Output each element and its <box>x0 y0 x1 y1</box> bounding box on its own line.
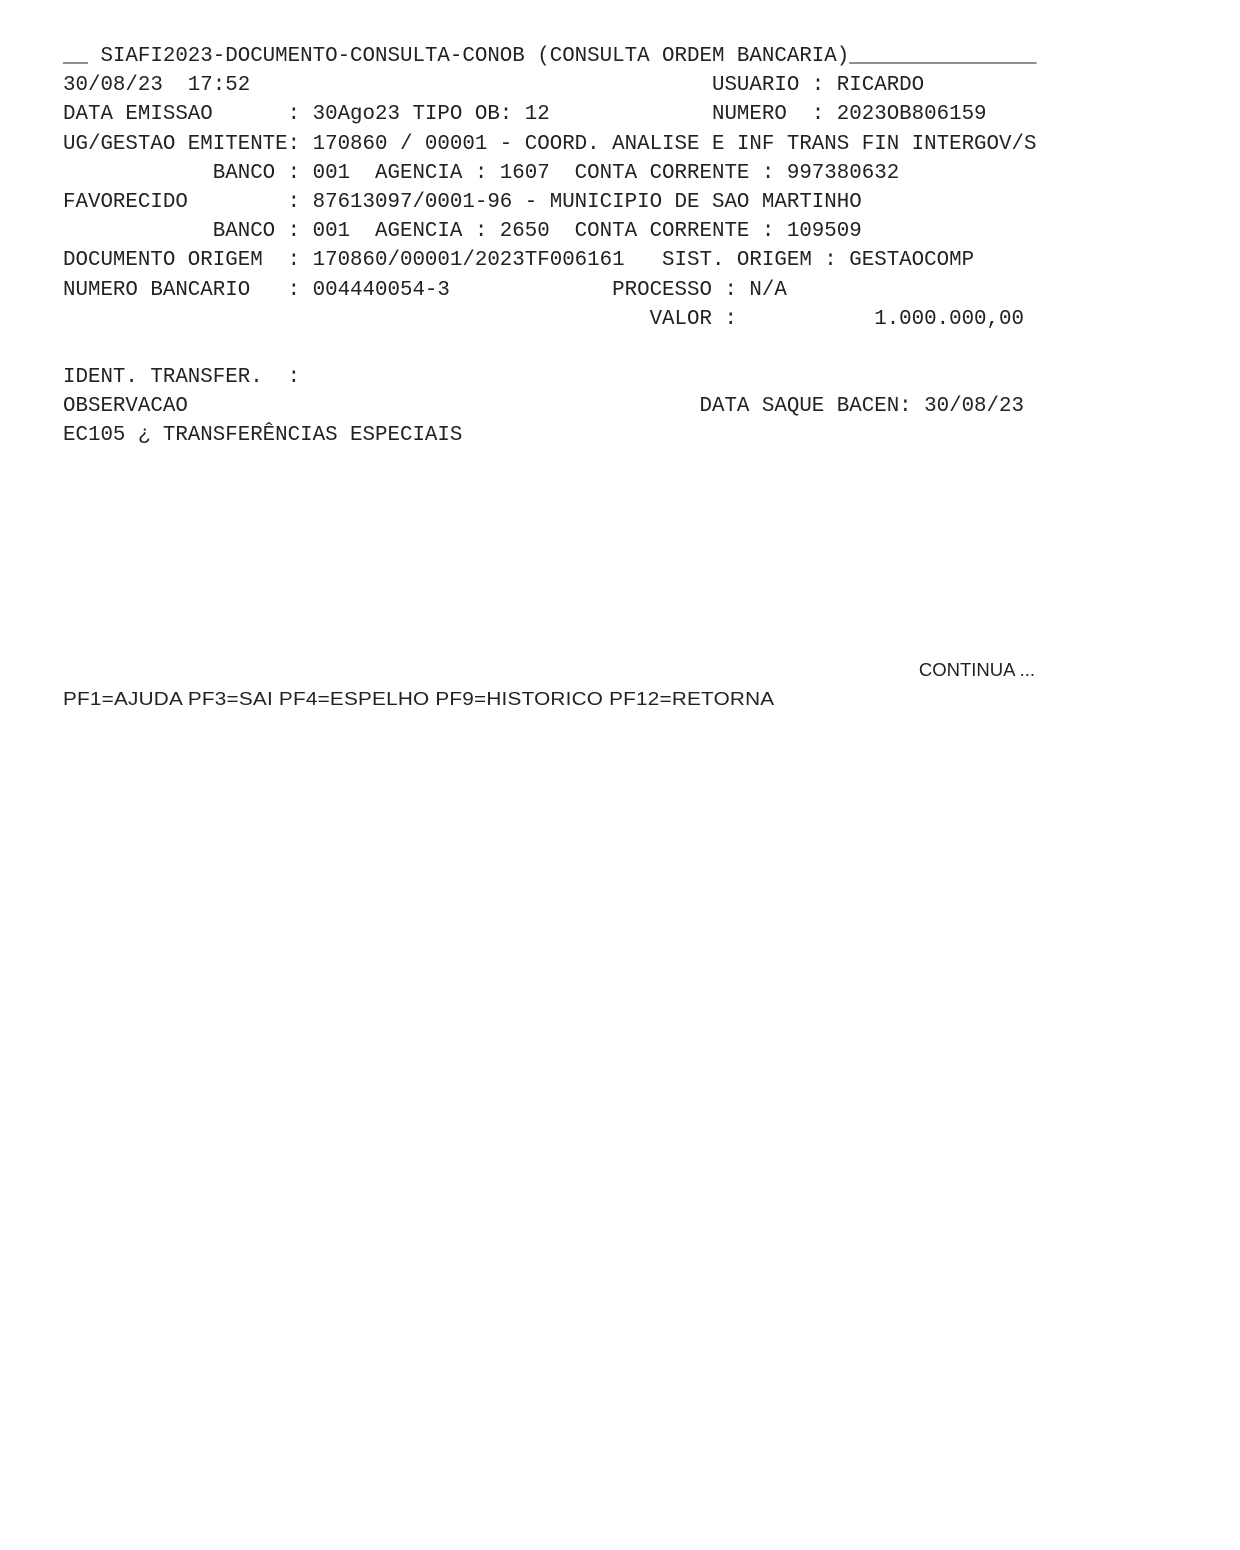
emitente-bank-line: BANCO : 001 AGENCIA : 1607 CONTA CORRENT… <box>63 159 1043 188</box>
valor-line: VALOR : 1.000.000,00 <box>63 305 1043 334</box>
observacao-text: EC105 ¿ TRANSFERÊNCIAS ESPECIAIS <box>63 421 1043 450</box>
spacer-2 <box>63 480 1043 509</box>
date-time-user-line: 30/08/23 17:52 USUARIO : RICARDO <box>63 71 1043 100</box>
numero-bancario-line: NUMERO BANCARIO : 004440054-3 PROCESSO :… <box>63 276 1043 305</box>
ug-gestao-line: UG/GESTAO EMITENTE: 170860 / 00001 - COO… <box>63 130 1043 159</box>
screen-title: __ SIAFI2023-DOCUMENTO-CONSULTA-CONOB (C… <box>63 42 1043 71</box>
terminal-screen: __ SIAFI2023-DOCUMENTO-CONSULTA-CONOB (C… <box>63 42 1043 713</box>
favorecido-line: FAVORECIDO : 87613097/0001-96 - MUNICIPI… <box>63 188 1043 217</box>
continua-indicator: CONTINUA ... <box>63 655 1043 684</box>
spacer-1 <box>63 451 1043 480</box>
function-keys-bar[interactable]: PF1=AJUDA PF3=SAI PF4=ESPELHO PF9=HISTOR… <box>63 684 1161 713</box>
observacao-line: OBSERVACAO DATA SAQUE BACEN: 30/08/23 <box>63 392 1043 421</box>
spacer-4 <box>63 538 1043 567</box>
spacer-6 <box>63 597 1043 626</box>
data-emissao-line: DATA EMISSAO : 30Ago23 TIPO OB: 12 NUMER… <box>63 100 1043 129</box>
favorecido-bank-line: BANCO : 001 AGENCIA : 2650 CONTA CORRENT… <box>63 217 1043 246</box>
documento-origem-line: DOCUMENTO ORIGEM : 170860/00001/2023TF00… <box>63 246 1043 275</box>
blank-line <box>63 334 1043 363</box>
spacer-5 <box>63 567 1043 596</box>
spacer-7 <box>63 626 1043 655</box>
ident-transfer-line: IDENT. TRANSFER. : <box>63 363 1043 392</box>
spacer-3 <box>63 509 1043 538</box>
